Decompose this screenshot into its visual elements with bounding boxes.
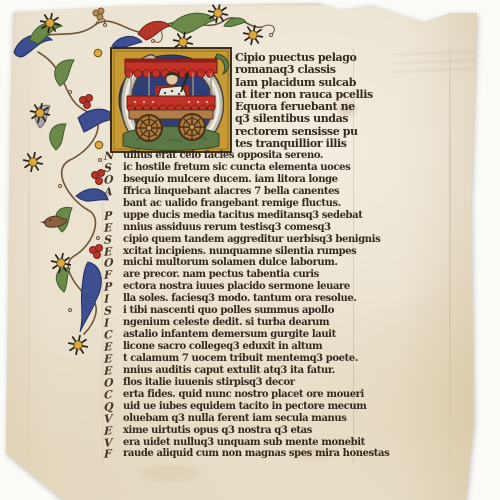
verse-line: I ngenium celeste dedit. si turba dearum <box>0 317 500 329</box>
line-initial <box>104 197 121 199</box>
verse-line: C erta fides. quid nunc nostro placet or… <box>0 389 500 401</box>
line-body: are precor. nam pectus tabentia curis <box>123 269 319 281</box>
line-body: ffrica linquebant alacres 7 bella canent… <box>123 186 339 198</box>
wheel-icon <box>179 114 205 140</box>
parchment-leaf: Cipio puectus pelago romanaq3 classis Ia… <box>0 0 500 500</box>
line-body: ullius erat celo facies opposita sereno. <box>123 150 323 162</box>
verse-line: V era uidet nulluq3 unquam sub mente mon… <box>0 437 500 449</box>
verse-line: O flos italie iuuenis stirpisq3 decor <box>0 377 500 389</box>
text-column: N ullius erat celo facies opposita seren… <box>0 150 500 460</box>
manuscript-photo: Cipio puectus pelago romanaq3 classis Ia… <box>0 0 500 500</box>
line-initial: E <box>104 221 121 234</box>
line-body: erta fides. quid nunc nostro placet ore … <box>123 389 364 401</box>
gold-bezants <box>94 49 103 149</box>
line-body: xime uirtutis opus q3 nostra q3 etas <box>123 425 312 437</box>
verse-line: Q uid ue iubes equidem tacito in pectore… <box>0 401 500 413</box>
line-body: astalio infantem demersum gurgite lauit <box>123 329 336 341</box>
verse-line: V oluebam q3 nulla ferent iam secula man… <box>0 413 500 425</box>
line-body: xcitat incipiens. nunquamne silentia rum… <box>123 246 356 258</box>
verse-line: O michi multorum solamen dulce laborum. <box>0 257 500 269</box>
verse-line: E xcitat incipiens. nunquamne silentia r… <box>0 246 500 258</box>
line-body: raude aliquid cum non magnas spes mira h… <box>123 448 389 460</box>
line-body: uppe ducis media tacitus meditansq3 sede… <box>123 210 362 222</box>
line-body: michi multorum solamen dulce laborum. <box>123 257 338 269</box>
line-body: bant ac ualido frangebant remige fluctus… <box>123 198 341 210</box>
verse-line: A ffrica linquebant alacres 7 bella cane… <box>0 186 500 198</box>
verse-line: E nnius assiduus rerum testisq3 comesq3 <box>0 222 500 234</box>
verse-line: P ectora nostra iuues placido sermone le… <box>0 281 500 293</box>
line-initial: F <box>104 448 121 461</box>
line-body: oluebam q3 nulla ferent iam secula manus <box>123 413 347 425</box>
line-body: bsequio mulcere ducem. iam litora longe <box>123 174 338 186</box>
line-body: nnius assiduus rerum testisq3 comesq3 <box>123 222 331 234</box>
line-body: era uidet nulluq3 unquam sub mente moneb… <box>123 437 365 449</box>
gold-bezant-icon <box>94 49 102 57</box>
verse-line: q3 silentibus undas <box>235 113 373 125</box>
verse-line: F raude aliquid cum non magnas spes mira… <box>0 448 500 460</box>
gold-bezant-icon <box>95 141 103 149</box>
verse-line: bant ac ualido frangebant remige fluctus… <box>0 198 500 210</box>
line-initial: P <box>104 209 121 222</box>
verse-line: tes tranquillior illis <box>235 138 373 150</box>
line-body: lla soles. faciesq3 modo. tantum ora res… <box>123 293 356 305</box>
parchment-surface: Cipio puectus pelago romanaq3 classis Ia… <box>0 0 500 500</box>
line-body: licone sacro collegeq3 eduxit in altum <box>123 341 322 353</box>
line-body: nnius auditis caput extulit atq3 ita fat… <box>123 365 335 377</box>
verse-line: E xime uirtutis opus q3 nostra q3 etas <box>0 425 500 437</box>
line-body: cipio quem tandem aggreditur uerbisq3 be… <box>123 234 380 246</box>
verse-line: romanaq3 classis <box>235 64 373 76</box>
verse-line: N ullius erat celo facies opposita seren… <box>0 150 500 162</box>
line-body: ngenium celeste dedit. si turba dearum <box>123 317 329 329</box>
sun-star-icon <box>244 26 263 45</box>
line-initial: V <box>104 412 121 425</box>
verse-line: S i tibi nascenti quo polles summus apol… <box>0 305 500 317</box>
wheel-icon <box>136 115 162 141</box>
verse-line: I lla soles. faciesq3 modo. tantum ora r… <box>0 293 500 305</box>
opening-verse-block: Cipio puectus pelago romanaq3 classis Ia… <box>235 52 373 150</box>
line-initial: S <box>104 233 121 246</box>
illuminated-initial-S <box>111 48 231 152</box>
line-body: ic hostile fretum sic cuncta elementa uo… <box>123 162 350 174</box>
verse-line: E licone sacro collegeq3 eduxit in altum <box>0 341 500 353</box>
verse-line: S ic hostile fretum sic cuncta elementa … <box>0 162 500 174</box>
verse-line: S cipio quem tandem aggreditur uerbisq3 … <box>0 234 500 246</box>
verse-line: F are precor. nam pectus tabentia curis <box>0 269 500 281</box>
line-body: flos italie iuuenis stirpisq3 decor <box>123 377 295 389</box>
verse-line: C astalio infantem demersum gurgite laui… <box>0 329 500 341</box>
line-body: uid ue iubes equidem tacito in pectore m… <box>123 401 366 413</box>
verse-line: O bsequio mulcere ducem. iam litora long… <box>0 174 500 186</box>
verse-line: E t calamum 7 uocem tribuit mentemq3 poe… <box>0 353 500 365</box>
line-initial: A <box>104 185 121 198</box>
line-body: t calamum 7 uocem tribuit mentemq3 poete… <box>123 353 358 365</box>
verse-line: P uppe ducis media tacitus meditansq3 se… <box>0 210 500 222</box>
verse-line: E nnius auditis caput extulit atq3 ita f… <box>0 365 500 377</box>
line-body: ectora nostra iuues placido sermone leua… <box>123 281 350 293</box>
line-body: i tibi nascenti quo polles summus apollo <box>123 305 334 317</box>
